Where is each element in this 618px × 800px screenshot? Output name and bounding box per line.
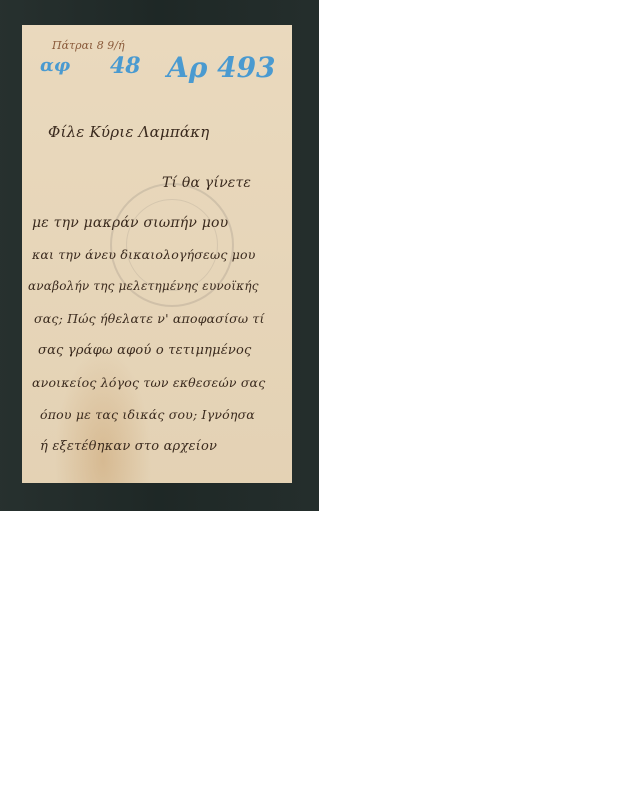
letter-line: Τί θα γίνετε bbox=[162, 175, 251, 191]
letter-line: ανοικείος λόγος των εκθεσεών σας bbox=[32, 375, 265, 390]
letter-line: όπου με τας ιδικάς σου; Ιγνόησα bbox=[40, 407, 255, 422]
letter-line: σας; Πώς ήθελατε ν' αποφασίσω τί bbox=[34, 311, 265, 326]
blue-mark-number: 48 bbox=[110, 53, 141, 79]
scanned-page-frame: Πάτραι 8 9/ή αφ 48 Αρ 493 Φίλε Κύριε Λαμ… bbox=[0, 0, 319, 511]
blue-mark-reference: Αρ 493 bbox=[167, 51, 276, 84]
blue-mark-left: αφ bbox=[40, 55, 70, 76]
letter-paper: Πάτραι 8 9/ή αφ 48 Αρ 493 Φίλε Κύριε Λαμ… bbox=[22, 25, 292, 483]
salutation: Φίλε Κύριε Λαμπάκη bbox=[48, 123, 209, 141]
place-date-note: Πάτραι 8 9/ή bbox=[52, 39, 125, 52]
letter-line: αναβολήν της μελετημένης ευνοϊκής bbox=[28, 279, 259, 293]
letter-line: και την άνευ δικαιολογήσεως μου bbox=[32, 247, 256, 262]
letter-line: με την μακράν σιωπήν μου bbox=[32, 215, 228, 231]
letter-line: σας γράφω αφού ο τετιμημένος bbox=[38, 343, 252, 358]
letter-line: ή εξετέθηκαν στο αρχείον bbox=[40, 439, 217, 454]
